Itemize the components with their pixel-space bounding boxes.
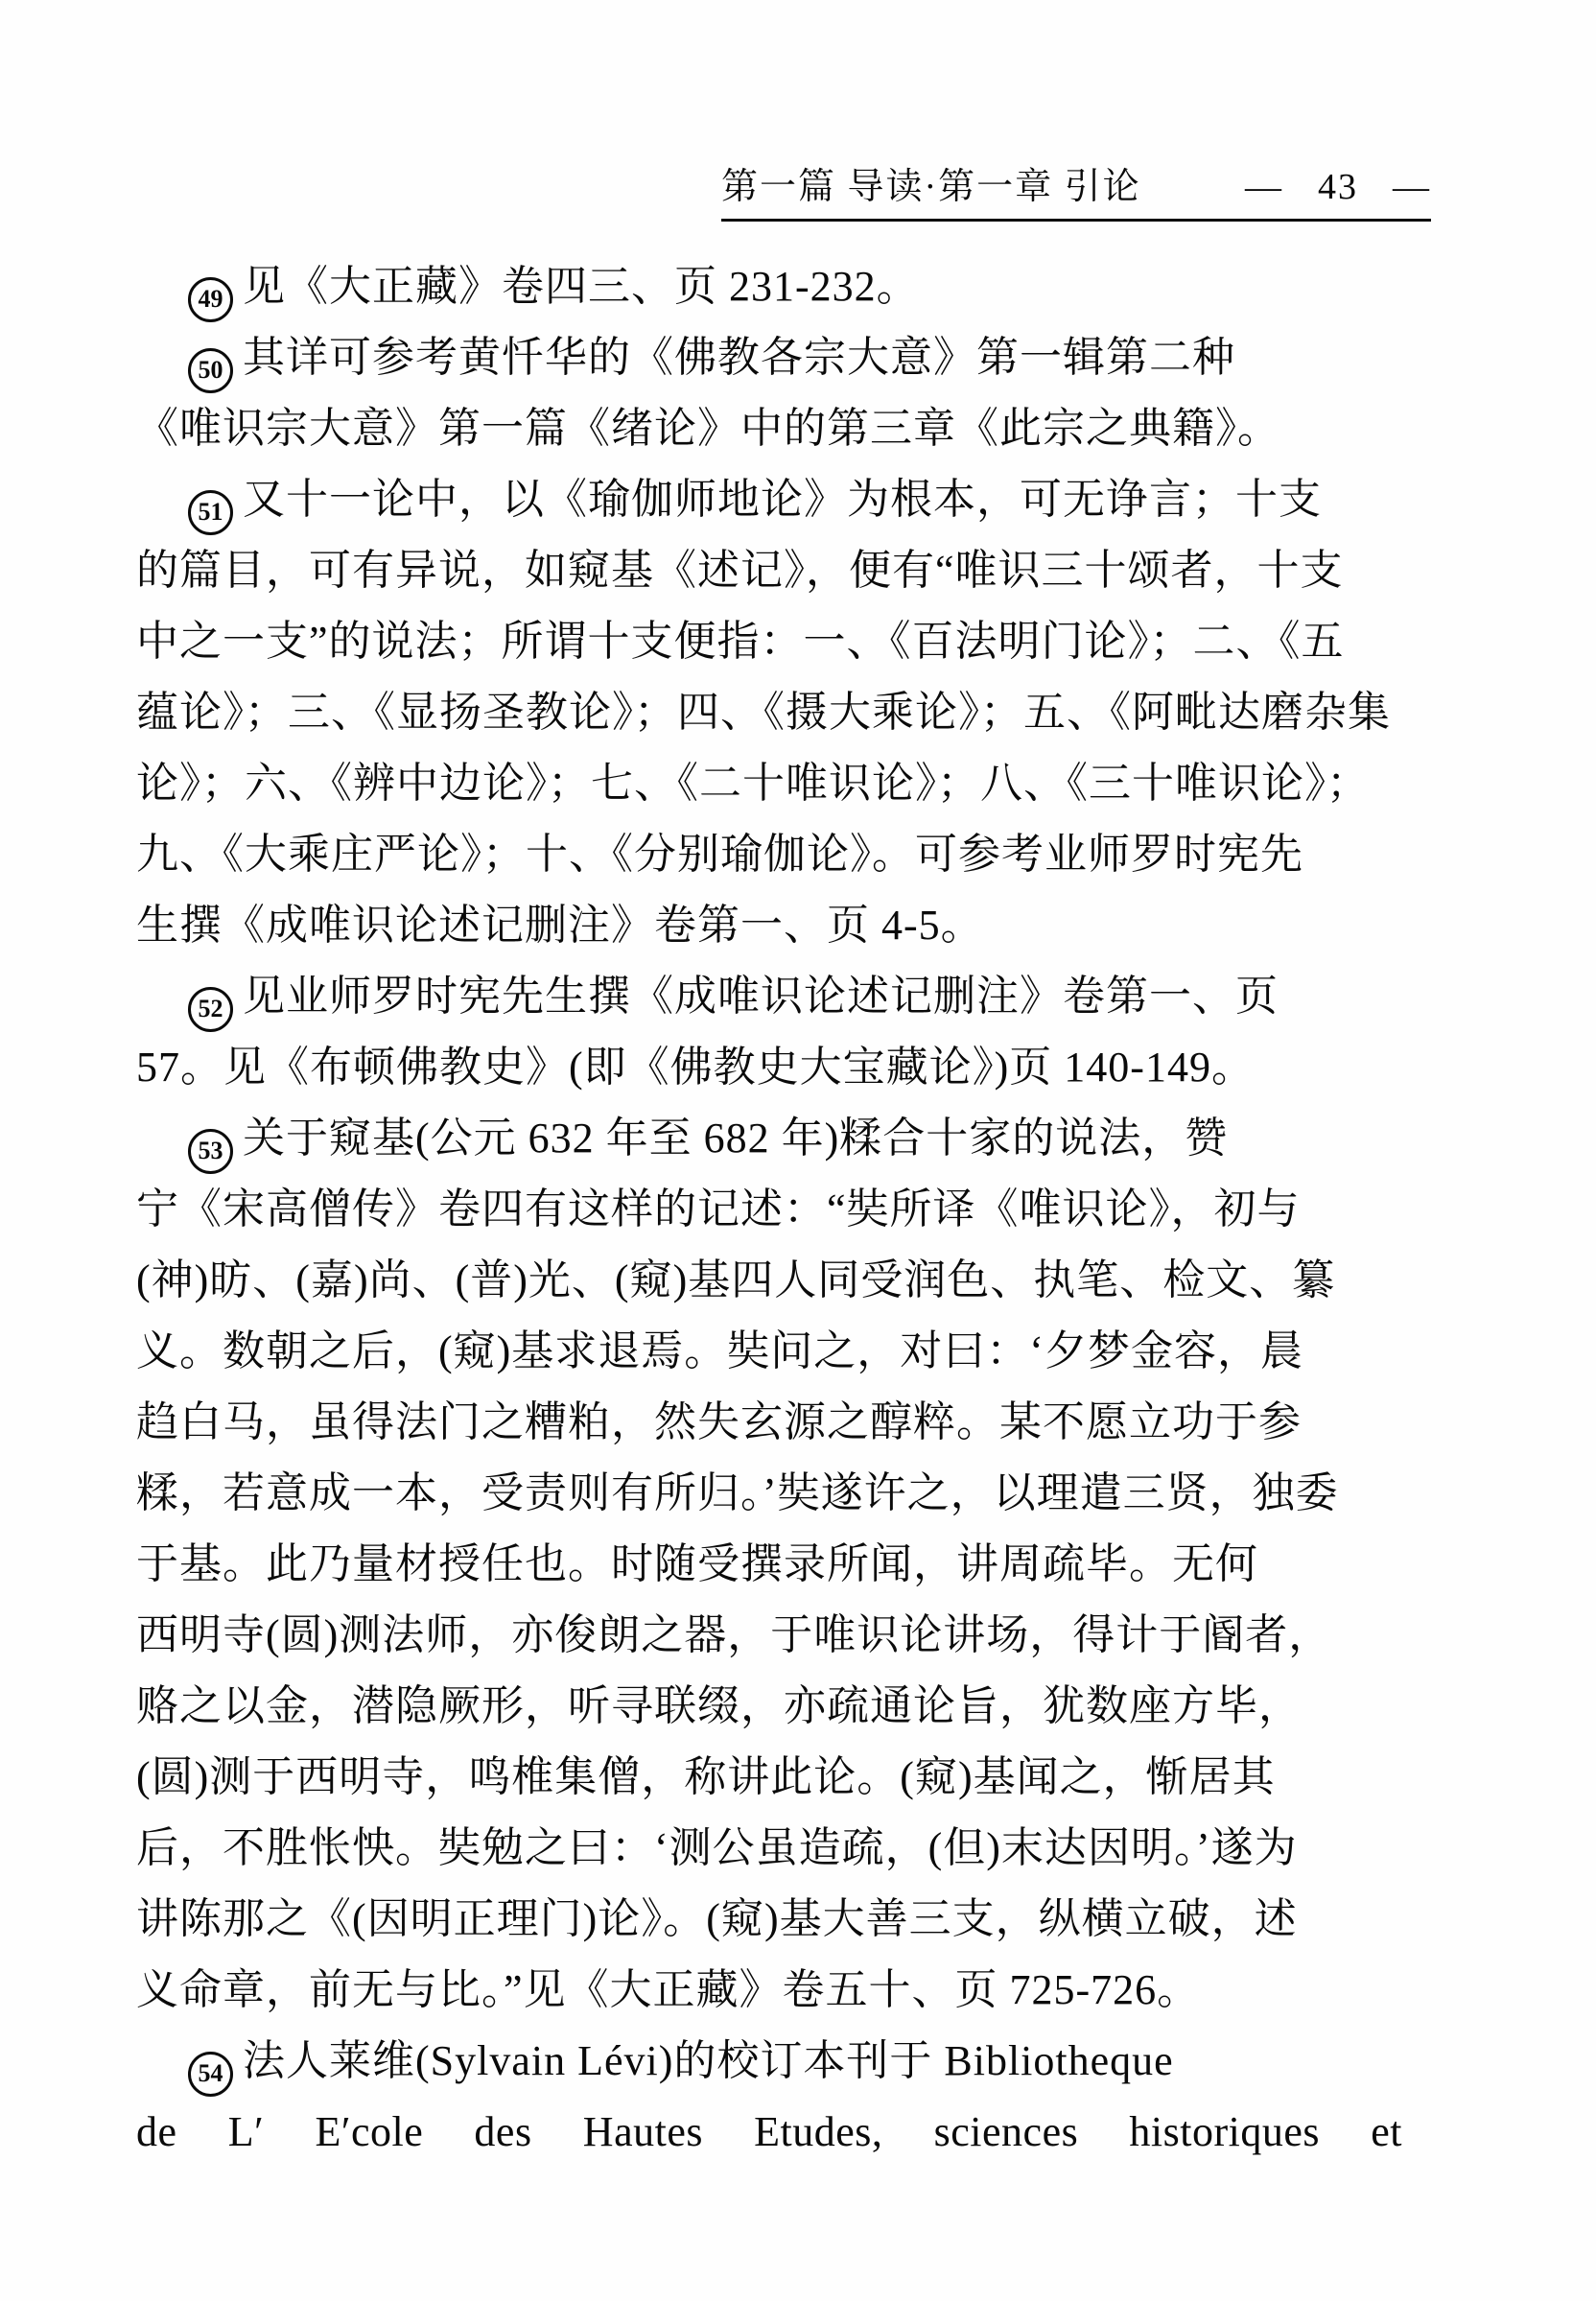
footnote-text: 57。见《布顿佛教史》(即《佛教史大宝藏论》)页 140-149。	[136, 1044, 1255, 1091]
footnote-line: 糅，若意成一本，受责则有所归。’奘遂许之，以理遣三贤，独委	[136, 1458, 1402, 1529]
footnote-line: 宁《宋高僧传》卷四有这样的记述：“奘所译《唯识论》，初与	[136, 1174, 1402, 1245]
footnote-line: 50其详可参考黄忏华的《佛教各宗大意》第一辑第二种	[136, 322, 1402, 393]
footnote-line: 生撰《成唯识论述记删注》卷第一、页 4-5。	[136, 890, 1402, 961]
header-page-number: 43	[1318, 166, 1358, 208]
footnote-text: 讲陈那之《(因明正理门)论》。(窥)基大善三支，纵横立破，述	[136, 1895, 1298, 1942]
footnote-text: (神)昉、(嘉)尚、(普)光、(窥)基四人同受润色、执笔、检文、纂	[136, 1256, 1335, 1303]
footnote-marker: 54	[188, 2052, 233, 2097]
page-header: 第一篇 导读·第一章 引论 — 43 —	[721, 156, 1431, 222]
footnote-line: 53关于窥基(公元 632 年至 682 年)糅合十家的说法，赞	[136, 1103, 1402, 1174]
footnote-line: 《唯识宗大意》第一篇《绪论》中的第三章《此宗之典籍》。	[136, 393, 1402, 464]
footnote-line: de L′ E′cole des Hautes Etudes, sciences…	[136, 2097, 1402, 2168]
header-page-number-group: — 43 —	[1245, 166, 1431, 208]
footnote-text: 论》；六、《辨中边论》；七、《二十唯识论》；八、《三十唯识论》；	[136, 760, 1370, 807]
footnote-text: 《唯识宗大意》第一篇《绪论》中的第三章《此宗之典籍》。	[136, 405, 1280, 452]
footnote-line: (圆)测于西明寺，鸣椎集僧，称讲此论。(窥)基闻之，惭居其	[136, 1742, 1402, 1813]
footnote-marker: 51	[188, 490, 233, 535]
footnote-text: 的篇目，可有异说，如窥基《述记》，便有“唯识三十颂者，十支	[136, 547, 1344, 594]
footnote-text: 义命章，前无与比。”见《大正藏》卷五十、页 725-726。	[136, 1966, 1200, 2013]
footnote-line: 中之一支”的说法；所谓十支便指：一、《百法明门论》；二、《五	[136, 606, 1402, 677]
footnote-line: 义。数朝之后，(窥)基求退焉。奘问之，对曰：‘夕梦金容，晨	[136, 1316, 1402, 1387]
footnote-line: 西明寺(圆)测法师，亦俊朗之器，于唯识论讲场，得计于阍者，	[136, 1600, 1402, 1671]
footnote-line: 趋白马，虽得法门之糟粕，然失玄源之醇粹。某不愿立功于参	[136, 1387, 1402, 1458]
footnote-line: 54法人莱维(Sylvain Lévi)的校订本刊于 Bibliotheque	[136, 2026, 1402, 2097]
footnote-marker: 50	[188, 348, 233, 393]
book-page: 第一篇 导读·第一章 引论 — 43 — 49见《大正藏》卷四三、页 231-2…	[0, 0, 1596, 2301]
footnote-text: 趋白马，虽得法门之糟粕，然失玄源之醇粹。某不愿立功于参	[136, 1398, 1302, 1445]
footnote-text: 蕴论》；三、《显扬圣教论》；四、《摄大乘论》；五、《阿毗达磨杂集	[136, 689, 1391, 736]
footnote-line: 51又十一论中，以《瑜伽师地论》为根本，可无诤言；十支	[136, 464, 1402, 535]
header-section-title: 第一篇 导读·第一章 引论	[721, 156, 1141, 209]
footnote-line: 论》；六、《辨中边论》；七、《二十唯识论》；八、《三十唯识论》；	[136, 748, 1402, 819]
footnote-text: 西明寺(圆)测法师，亦俊朗之器，于唯识论讲场，得计于阍者，	[136, 1611, 1331, 1658]
footnote-line: 蕴论》；三、《显扬圣教论》；四、《摄大乘论》；五、《阿毗达磨杂集	[136, 677, 1402, 748]
footnote-line: 52见业师罗时宪先生撰《成唯识论述记删注》卷第一、页	[136, 961, 1402, 1032]
header-dash-right: —	[1393, 166, 1431, 208]
footnote-line: 49见《大正藏》卷四三、页 231-232。	[136, 251, 1402, 322]
footnote-marker: 49	[188, 277, 233, 322]
footnote-text: 九、《大乘庄严论》；十、《分别瑜伽论》。可参考业师罗时宪先	[136, 831, 1303, 878]
footnote-text: 赂之以金，潜隐厥形，听寻联缀，亦疏通论旨，犹数座方毕，	[136, 1682, 1302, 1729]
header-dash-left: —	[1245, 166, 1283, 208]
footnote-text: 生撰《成唯识论述记删注》卷第一、页 4-5。	[136, 902, 984, 949]
footnote-line: 讲陈那之《(因明正理门)论》。(窥)基大善三支，纵横立破，述	[136, 1884, 1402, 1955]
footnote-text: de L′ E′cole des Hautes Etudes, sciences…	[136, 2108, 1402, 2155]
footnote-text: 法人莱维(Sylvain Lévi)的校订本刊于 Bibliotheque	[243, 2037, 1174, 2084]
footnote-line: (神)昉、(嘉)尚、(普)光、(窥)基四人同受润色、执笔、检文、纂	[136, 1245, 1402, 1316]
footnote-marker: 53	[188, 1129, 233, 1174]
footnote-text: 其详可参考黄忏华的《佛教各宗大意》第一辑第二种	[243, 334, 1235, 381]
footnote-text: 见《大正藏》卷四三、页 231-232。	[243, 263, 920, 310]
footnote-line: 57。见《布顿佛教史》(即《佛教史大宝藏论》)页 140-149。	[136, 1032, 1402, 1103]
footnote-line: 于基。此乃量材授任也。时随受撰录所闻，讲周疏毕。无何	[136, 1529, 1402, 1600]
footnote-text: 又十一论中，以《瑜伽师地论》为根本，可无诤言；十支	[243, 476, 1322, 523]
footnote-line: 后，不胜怅怏。奘勉之曰：‘测公虽造疏，(但)末达因明。’遂为	[136, 1813, 1402, 1884]
footnote-text: 糅，若意成一本，受责则有所归。’奘遂许之，以理遣三贤，独委	[136, 1469, 1339, 1516]
footnote-text: 义。数朝之后，(窥)基求退焉。奘问之，对曰：‘夕梦金容，晨	[136, 1327, 1303, 1374]
footnote-text: 于基。此乃量材授任也。时随受撰录所闻，讲周疏毕。无何	[136, 1540, 1258, 1587]
footnote-line: 义命章，前无与比。”见《大正藏》卷五十、页 725-726。	[136, 1955, 1402, 2026]
footnote-text: 中之一支”的说法；所谓十支便指：一、《百法明门论》；二、《五	[136, 618, 1345, 665]
footnote-line: 的篇目，可有异说，如窥基《述记》，便有“唯识三十颂者，十支	[136, 535, 1402, 606]
footnote-text: 见业师罗时宪先生撰《成唯识论述记删注》卷第一、页	[243, 973, 1279, 1020]
footnote-text: 后，不胜怅怏。奘勉之曰：‘测公虽造疏，(但)末达因明。’遂为	[136, 1824, 1298, 1871]
footnote-line: 赂之以金，潜隐厥形，听寻联缀，亦疏通论旨，犹数座方毕，	[136, 1671, 1402, 1742]
footnotes: 49见《大正藏》卷四三、页 231-232。 50其详可参考黄忏华的《佛教各宗大…	[136, 251, 1402, 2168]
footnote-text: (圆)测于西明寺，鸣椎集僧，称讲此论。(窥)基闻之，惭居其	[136, 1753, 1276, 1800]
footnote-line: 九、《大乘庄严论》；十、《分别瑜伽论》。可参考业师罗时宪先	[136, 819, 1402, 890]
footnote-text: 宁《宋高僧传》卷四有这样的记述：“奘所译《唯识论》，初与	[136, 1186, 1301, 1233]
footnote-marker: 52	[188, 987, 233, 1032]
footnote-text: 关于窥基(公元 632 年至 682 年)糅合十家的说法，赞	[243, 1115, 1228, 1162]
